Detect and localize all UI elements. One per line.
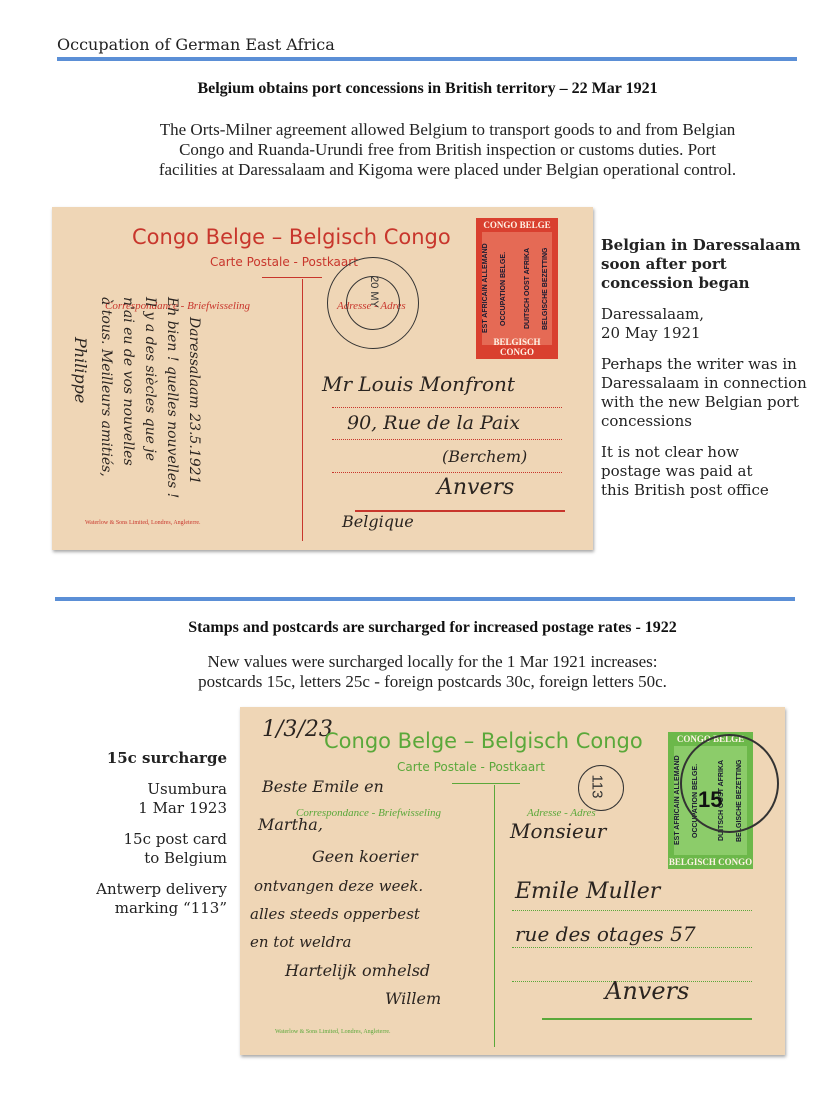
note-text: Antwerp delivery bbox=[96, 880, 227, 898]
address-line-text: (Berchem) bbox=[442, 447, 527, 466]
note-place: Daressalaam, bbox=[601, 305, 704, 323]
message-line: n'ai eu de vos nouvelles bbox=[120, 297, 136, 466]
section1-body: The Orts-Milner agreement allowed Belgiu… bbox=[60, 120, 835, 180]
section1-body-line: facilities at Daressalaam and Kigoma wer… bbox=[60, 160, 835, 180]
card-subtitle: Carte Postale - Postkaart bbox=[210, 255, 358, 269]
section2-notes: 15c surcharge Usumbura1 Mar 1923 15c pos… bbox=[60, 749, 227, 930]
message-line: Daressalaam 23.5.1921 bbox=[186, 317, 202, 484]
section1-notes: Belgian in Daressalaamsoon after portcon… bbox=[601, 236, 831, 512]
overprint-line: EST AFRICAIN ALLEMAND bbox=[674, 752, 681, 849]
date-note: 1/3/23 bbox=[262, 717, 333, 742]
note-text: concessions bbox=[601, 412, 692, 430]
note-heading: soon after port bbox=[601, 255, 727, 273]
note-place: Usumbura bbox=[147, 780, 227, 798]
postcard-usumbura: 1/3/23 Congo Belge – Belgisch Congo Cart… bbox=[240, 707, 785, 1055]
note-text: postage was paid at bbox=[601, 462, 752, 480]
postmark-usumbura bbox=[680, 734, 779, 833]
address-line bbox=[332, 472, 562, 474]
address-line bbox=[332, 407, 562, 409]
message-line: Hartelijk omhelsd bbox=[285, 961, 430, 980]
section2-body-line: New values were surcharged locally for t… bbox=[60, 652, 805, 672]
card-ornament-line bbox=[262, 277, 322, 278]
address-line bbox=[512, 947, 752, 949]
message-line: Martha, bbox=[258, 815, 323, 834]
note-date: 1 Mar 1923 bbox=[138, 799, 227, 817]
note-text: this British post office bbox=[601, 481, 769, 499]
signature: Willem bbox=[385, 989, 441, 1008]
stamp-bottom-text: BELGISCH CONGO bbox=[476, 337, 558, 357]
message-line: alles steeds opperbest bbox=[250, 905, 420, 923]
section2-body: New values were surcharged locally for t… bbox=[60, 652, 805, 692]
postmark-date: 20 MY bbox=[368, 276, 380, 308]
card-divider bbox=[302, 279, 303, 541]
address-line-text: Belgique bbox=[342, 512, 414, 531]
note-heading: Belgian in Daressalaam bbox=[601, 236, 801, 254]
postcard-daressalaam: Congo Belge – Belgisch Congo Carte Posta… bbox=[52, 207, 593, 550]
postmark-number: 113 bbox=[588, 775, 605, 799]
address-line bbox=[542, 1018, 752, 1020]
note-heading: 15c surcharge bbox=[107, 749, 227, 767]
message-line: ontvangen deze week. bbox=[254, 877, 423, 895]
overprint-line: BELGISCHE BEZETTING bbox=[542, 238, 549, 339]
note-text: Perhaps the writer was in bbox=[601, 355, 797, 373]
stamp-top-text: CONGO BELGE bbox=[476, 220, 558, 230]
section1-body-line: Congo and Ruanda-Urundi free from Britis… bbox=[60, 140, 835, 160]
note-heading: concession began bbox=[601, 274, 750, 292]
note-text: marking “113” bbox=[115, 899, 227, 917]
note-text: It is not clear how bbox=[601, 443, 739, 461]
note-text: with the new Belgian port bbox=[601, 393, 799, 411]
printer-imprint: Waterlow & Sons Limited, Londres, Anglet… bbox=[85, 520, 201, 526]
address-line-text: Anvers bbox=[605, 977, 689, 1005]
card-divider bbox=[494, 785, 495, 1047]
stamp-bottom-text: BELGISCH CONGO bbox=[668, 857, 753, 867]
message-line: Beste Emile en bbox=[262, 777, 384, 796]
overprint-line: DUITSCH OOST AFRIKA bbox=[524, 238, 531, 339]
card-title: Congo Belge – Belgisch Congo bbox=[132, 225, 451, 249]
signature: Philippe bbox=[71, 337, 90, 403]
message-line: à tous. Meilleurs amitiés, bbox=[98, 297, 114, 477]
overprint-line: EST AFRICAIN ALLEMAND bbox=[482, 238, 489, 339]
stamp-red: CONGO BELGE EST AFRICAIN ALLEMAND OCCUPA… bbox=[476, 218, 558, 359]
address-label: Adresse - Adres bbox=[527, 807, 596, 819]
address-line-text: Monsieur bbox=[510, 819, 606, 843]
card-ornament-line bbox=[452, 783, 520, 784]
header-rule bbox=[57, 57, 797, 61]
message-line: Eh bien ! quelles nouvelles ! bbox=[164, 297, 180, 498]
note-date: 20 May 1921 bbox=[601, 324, 701, 342]
overprint-line: OCCUPATION BELGE. bbox=[500, 238, 507, 339]
postmark-daressalaam: 20 MY bbox=[327, 257, 419, 349]
section-divider bbox=[55, 597, 795, 601]
address-line-text: Anvers bbox=[437, 475, 514, 500]
note-text: 15c post card bbox=[124, 830, 228, 848]
address-line bbox=[512, 910, 752, 912]
address-line bbox=[332, 439, 562, 441]
address-line-text: rue des otages 57 bbox=[515, 922, 696, 946]
address-line-text: Emile Muller bbox=[515, 879, 660, 904]
message-line: en tot weldra bbox=[250, 933, 351, 951]
address-line-text: Mr Louis Monfront bbox=[322, 372, 515, 396]
postmark-113: 113 bbox=[578, 765, 624, 811]
note-text: to Belgium bbox=[144, 849, 227, 867]
page-title: Occupation of German East Africa bbox=[57, 35, 335, 54]
printer-imprint: Waterlow & Sons Limited, Londres, Anglet… bbox=[275, 1029, 391, 1035]
address-line-text: 90, Rue de la Paix bbox=[347, 412, 520, 434]
section1-heading: Belgium obtains port concessions in Brit… bbox=[60, 80, 795, 98]
section2-heading: Stamps and postcards are surcharged for … bbox=[60, 619, 805, 637]
section1-body-line: The Orts-Milner agreement allowed Belgiu… bbox=[60, 120, 835, 140]
section2-body-line: postcards 15c, letters 25c - foreign pos… bbox=[60, 672, 805, 692]
message-line: Il y a des siècles que je bbox=[142, 297, 158, 461]
message-line: Geen koerier bbox=[312, 847, 418, 866]
note-text: Daressalaam in connection bbox=[601, 374, 807, 392]
card-subtitle: Carte Postale - Postkaart bbox=[397, 760, 545, 774]
card-title: Congo Belge – Belgisch Congo bbox=[324, 729, 643, 753]
